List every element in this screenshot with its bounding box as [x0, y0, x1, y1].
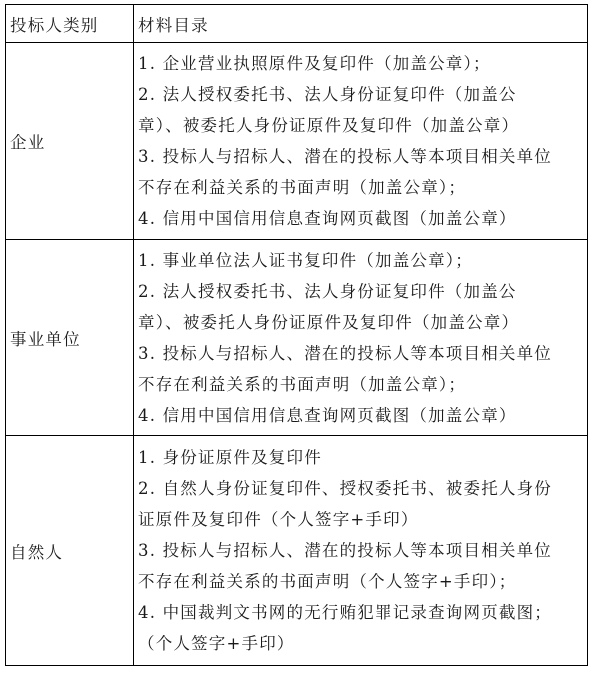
material-line: 2. 法人授权委托书、法人身份证复印件（加盖公: [138, 276, 587, 307]
material-line: （个人签字+手印）: [138, 628, 587, 659]
header-materials-list: 材料目录: [134, 5, 588, 43]
material-line: 不存在利益关系的书面声明（加盖公章）；: [138, 172, 587, 203]
material-line: 章）、被委托人身份证原件及复印件（加盖公章）: [138, 307, 587, 338]
material-line: 3. 投标人与招标人、潜在的投标人等本项目相关单位: [138, 141, 587, 172]
material-line: 章）、被委托人身份证原件及复印件（加盖公章）: [138, 110, 587, 141]
material-line: 2. 自然人身份证复印件、授权委托书、被委托人身份: [138, 473, 587, 504]
material-line: 2. 法人授权委托书、法人身份证复印件（加盖公: [138, 79, 587, 110]
material-line: 4. 信用中国信用信息查询网页截图（加盖公章）: [138, 203, 587, 234]
material-line: 不存在利益关系的书面声明（加盖公章）；: [138, 369, 587, 400]
material-line: 1. 企业营业执照原件及复印件（加盖公章）；: [138, 48, 587, 79]
category-label: 事业单位: [10, 330, 81, 349]
material-line: 不存在利益关系的书面声明（个人签字+手印）；: [138, 566, 587, 597]
material-line: 3. 投标人与招标人、潜在的投标人等本项目相关单位: [138, 338, 587, 369]
category-cell: 自然人: [6, 436, 134, 666]
material-line: 4. 信用中国信用信息查询网页截图（加盖公章）: [138, 400, 587, 431]
table-row-natural-person: 自然人 1. 身份证原件及复印件 2. 自然人身份证复印件、授权委托书、被委托人…: [6, 436, 588, 666]
materials-cell: 1. 事业单位法人证书复印件（加盖公章）； 2. 法人授权委托书、法人身份证复印…: [134, 240, 588, 436]
table-row-public-institution: 事业单位 1. 事业单位法人证书复印件（加盖公章）； 2. 法人授权委托书、法人…: [6, 240, 588, 436]
material-line: 证原件及复印件（个人签字+手印）: [138, 504, 587, 535]
table-row-enterprise: 企业 1. 企业营业执照原件及复印件（加盖公章）； 2. 法人授权委托书、法人身…: [6, 43, 588, 240]
material-line: 3. 投标人与招标人、潜在的投标人等本项目相关单位: [138, 535, 587, 566]
materials-cell: 1. 身份证原件及复印件 2. 自然人身份证复印件、授权委托书、被委托人身份 证…: [134, 436, 588, 666]
category-cell: 企业: [6, 43, 134, 240]
material-line: 1. 事业单位法人证书复印件（加盖公章）；: [138, 245, 587, 276]
table-header-row: 投标人类别 材料目录: [6, 5, 588, 43]
category-cell: 事业单位: [6, 240, 134, 436]
header-bidder-category: 投标人类别: [6, 5, 134, 43]
materials-table: 投标人类别 材料目录 企业 1. 企业营业执照原件及复印件（加盖公章）； 2. …: [5, 4, 588, 666]
category-label: 自然人: [10, 543, 63, 562]
material-line: 4. 中国裁判文书网的无行贿犯罪记录查询网页截图；: [138, 597, 587, 628]
materials-cell: 1. 企业营业执照原件及复印件（加盖公章）； 2. 法人授权委托书、法人身份证复…: [134, 43, 588, 240]
material-line: 1. 身份证原件及复印件: [138, 442, 587, 473]
category-label: 企业: [10, 133, 45, 152]
